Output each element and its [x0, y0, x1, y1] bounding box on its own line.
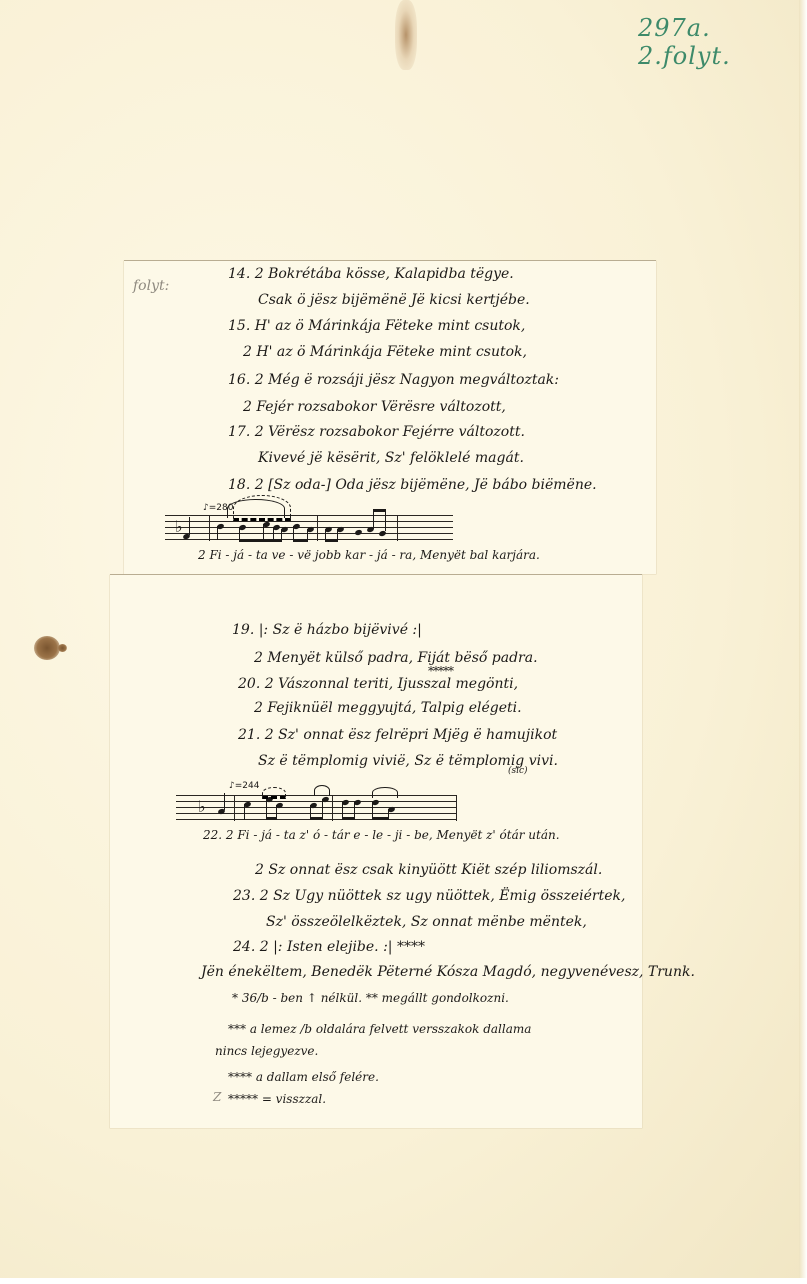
footnote: * 36/b - ben ↑ nélkül. ** megállt gondol…: [232, 991, 509, 1005]
key-signature-flat: ♭: [175, 517, 183, 536]
music-staff-bottom: ♭: [176, 795, 456, 821]
footnote: nincs lejegyezve.: [215, 1044, 318, 1058]
punch-hole-left: [34, 636, 60, 660]
punch-hole-top: [395, 0, 417, 70]
verse-line: Sz' összeölelkëztek, Sz onnat mënbe mënt…: [266, 914, 587, 930]
pencil-mark: Z: [213, 1090, 221, 1104]
verse-line: 15. H' az ö Márinkája Fëteke mint csutok…: [228, 318, 525, 334]
key-signature-flat: ♭: [198, 797, 206, 816]
verse-line: 2 Menyët külső padra, Fiját bëső padra.: [254, 650, 538, 666]
verse-line: 24. 2 |: Isten elejibe. :| ****: [233, 939, 425, 955]
footnote: ***** = visszzal.: [228, 1092, 326, 1106]
verse-line: 18. 2 [Sz oda-] Oda jësz bijëmëne, Jë bá…: [228, 477, 597, 493]
page-edge-right: [799, 0, 807, 1284]
verse-line: Csak ö jësz bijëmënë Jë kicsi kertjébe.: [258, 292, 530, 308]
verse-line: 2 Sz onnat ësz csak kinyüött Kiët szép l…: [255, 862, 602, 878]
tempo-marking: ♪=244: [229, 781, 259, 791]
verse-line: 16. 2 Még ë rozsáji jësz Nagyon megválto…: [228, 372, 559, 388]
sic-note: (sic): [508, 766, 528, 776]
verse-line: 14. 2 Bokrétába kösse, Kalapidba tëgye.: [228, 266, 514, 282]
catalog-number: 297a. 2.folyt.: [638, 14, 807, 70]
verse-line: 17. 2 Vërësz rozsabokor Fejérre változot…: [228, 424, 525, 440]
verse-line: 2 H' az ö Márinkája Fëteke mint csutok,: [243, 344, 527, 360]
music-staff-top: ♭: [165, 515, 453, 541]
footnote: *** a lemez /b oldalára felvett versszak…: [228, 1022, 531, 1036]
verse-line: Kivevé jë kësërit, Sz' felöklelé magát.: [258, 450, 524, 466]
verse-line: 2 Fejiknüël meggyujtá, Talpig elégeti.: [254, 700, 522, 716]
archive-page: 297a. 2.folyt. folyt: 14. 2 Bokrétába kö…: [0, 0, 807, 1284]
lyric-line-bottom: 22. 2 Fi - já - ta z' ó - tár e - le - j…: [203, 828, 560, 842]
verse-line: 20. 2 Vászonnal teriti, Ijusszal megönti…: [238, 676, 518, 692]
verse-line: 23. 2 Sz Ugy nüöttek sz ugy nüöttek, Ëmi…: [233, 888, 625, 904]
verse-line: 21. 2 Sz' onnat ësz felrëpri Mjëg ë hamu…: [238, 727, 557, 743]
verse-line: 19. |: Sz ë házbo bijëvivé :|: [232, 622, 422, 638]
margin-note-folyt: folyt:: [133, 278, 169, 294]
ink-spot-left: [58, 644, 67, 652]
lyric-line-top: 2 Fi - já - ta ve - vë jobb kar - já - r…: [198, 548, 540, 562]
page-edge-bottom: [0, 1278, 807, 1284]
verse-line: 2 Fejér rozsabokor Vërësre változott,: [243, 399, 506, 415]
singer-note: Jën énekëltem, Benedëk Pëterné Kósza Mag…: [201, 964, 695, 980]
footnote: **** a dallam első felére.: [228, 1070, 379, 1084]
